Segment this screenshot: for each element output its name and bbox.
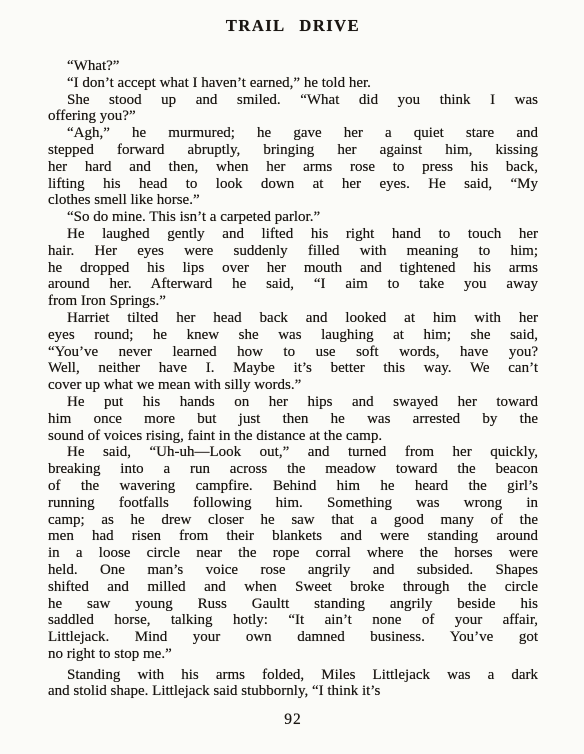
text-line: breaking into a run across the meadow to… <box>48 461 538 478</box>
text-line: saddled horse, talking hotly: “It ain’t … <box>48 612 538 629</box>
text-line: sound of voices rising, faint in the dis… <box>48 428 538 445</box>
text-line: hair. Her eyes were suddenly filled with… <box>48 243 538 260</box>
paragraph: Standing with his arms folded, Miles Lit… <box>48 667 538 701</box>
text-line: in a loose circle near the rope corral w… <box>48 545 538 562</box>
text-line: offering you?” <box>48 108 538 125</box>
text-line: around her. Afterward he said, “I aim to… <box>48 276 538 293</box>
text-line: shifted and milled and when Sweet broke … <box>48 579 538 596</box>
book-page: TRAIL DRIVE “What?”“I don’t accept what … <box>0 0 584 754</box>
paragraph: Harriet tilted her head back and looked … <box>48 310 538 394</box>
paragraph: “Agh,” he murmured; he gave her a quiet … <box>48 125 538 209</box>
text-line: and stolid shape. Littlejack said stubbo… <box>48 683 538 700</box>
text-line: “I don’t accept what I haven’t earned,” … <box>48 75 538 92</box>
paragraph: “What?” <box>48 58 538 75</box>
paragraph: He said, “Uh-uh—Look out,” and turned fr… <box>48 444 538 662</box>
text-line: clothes smell like horse.” <box>48 192 538 209</box>
paragraph: He put his hands on her hips and swayed … <box>48 394 538 444</box>
text-line: camp; as he drew closer he saw that a go… <box>48 512 538 529</box>
text-line: him once more but just then he was arres… <box>48 411 538 428</box>
page-number: 92 <box>48 711 538 729</box>
text-line: eyes round; he knew she was laughing at … <box>48 327 538 344</box>
text-line: held. One man’s voice rose angrily and s… <box>48 562 538 579</box>
text-line: Harriet tilted her head back and looked … <box>48 310 538 327</box>
text-line: cover up what we mean with silly words.” <box>48 377 538 394</box>
text-line: “What?” <box>48 58 538 75</box>
paragraph: He laughed gently and lifted his right h… <box>48 226 538 310</box>
paragraph: She stood up and smiled. “What did you t… <box>48 92 538 126</box>
text-line: running footfalls following him. Somethi… <box>48 495 538 512</box>
text-line: her hard and then, when her arms rose to… <box>48 159 538 176</box>
text-line: he saw young Russ Gaultt standing angril… <box>48 596 538 613</box>
text-line: He put his hands on her hips and swayed … <box>48 394 538 411</box>
text-line: He laughed gently and lifted his right h… <box>48 226 538 243</box>
running-header: TRAIL DRIVE <box>48 16 538 36</box>
text-line: stepped forward abruptly, bringing her a… <box>48 142 538 159</box>
text-line: from Iron Springs.” <box>48 293 538 310</box>
text-line: of the wavering campfire. Behind him he … <box>48 478 538 495</box>
text-line: “Agh,” he murmured; he gave her a quiet … <box>48 125 538 142</box>
text-line: men had risen from their blankets and we… <box>48 528 538 545</box>
text-line: “You’ve never learned how to use soft wo… <box>48 344 538 361</box>
paragraph: “So do mine. This isn’t a carpeted parlo… <box>48 209 538 226</box>
text-line: She stood up and smiled. “What did you t… <box>48 92 538 109</box>
text-line: Littlejack. Mind your own damned busines… <box>48 629 538 646</box>
body-text: “What?”“I don’t accept what I haven’t ea… <box>48 58 538 700</box>
paragraph: “I don’t accept what I haven’t earned,” … <box>48 75 538 92</box>
text-line: Standing with his arms folded, Miles Lit… <box>48 667 538 684</box>
text-line: He said, “Uh-uh—Look out,” and turned fr… <box>48 444 538 461</box>
text-line: no right to stop me.” <box>48 646 538 663</box>
text-line: lifting his head to look down at her eye… <box>48 176 538 193</box>
text-line: Well, neither have I. Maybe it’s better … <box>48 360 538 377</box>
text-line: he dropped his lips over her mouth and t… <box>48 260 538 277</box>
text-line: “So do mine. This isn’t a carpeted parlo… <box>48 209 538 226</box>
